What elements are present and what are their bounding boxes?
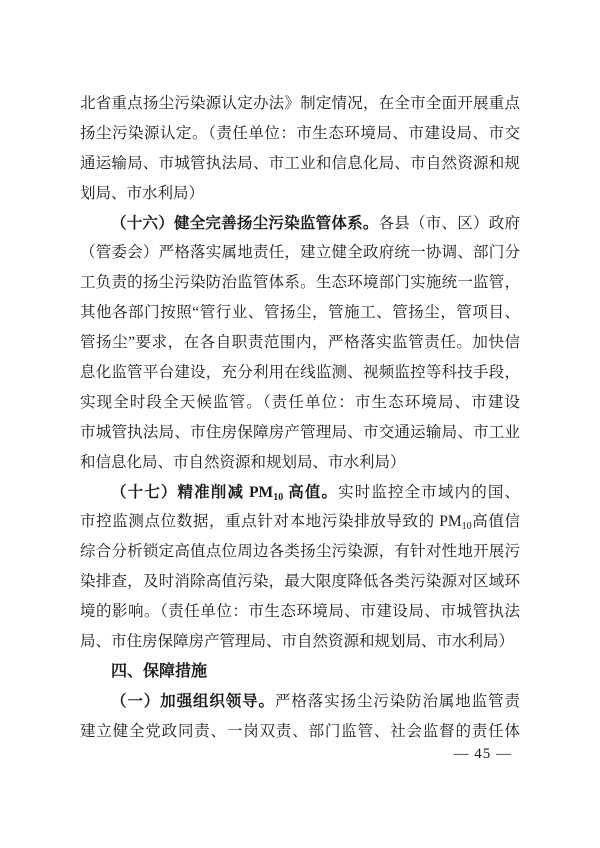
text-line: （管委会）严格落实属地责任，建立健全政府统一协调、部门分 (80, 238, 520, 268)
text-line: 管扬尘”要求，在各自职责范围内，严格落实监管责任。加快信 (80, 328, 520, 358)
text-line: （十六）健全完善扬尘污染监管体系。各县（市、区）政府 (80, 209, 520, 239)
text-line: 综合分析锁定高值点位周边各类扬尘污染源，有针对性地开展污 (80, 537, 520, 567)
text-run: 各县（市、区）政府 (379, 215, 520, 232)
document-page: 北省重点扬尘污染源认定办法》制定情况，在全市全面开展重点扬尘污染源认定。（责任单… (0, 0, 600, 848)
text-run: 局、市住房保障房产管理局、市自然资源和规划局、市水利局） (80, 633, 514, 650)
page-number: — 45 — (454, 743, 513, 765)
bold-text-run: （一）加强组织领导。 (111, 693, 275, 710)
text-run: （管委会）严格落实属地责任，建立健全政府统一协调、部门分 (80, 244, 520, 261)
text-run: 通运输局、市城管执法局、市工业和信息化局、市自然资源和规 (80, 155, 520, 172)
text-line: （一）加强组织领导。严格落实扬尘污染防治属地监管责任， (80, 687, 520, 717)
text-run: 其他各部门按照“管行业、管扬尘，管施工、管扬尘，管项目、 (80, 304, 520, 321)
subscript-run: 10 (273, 492, 283, 503)
text-run: 染排查，及时消除高值污染，最大限度降低各类污染源对区域环 (80, 573, 520, 590)
text-line: 四、保障措施 (80, 657, 520, 687)
text-run: 市控监测点位数据，重点针对本地污染排放导致的 PM (80, 513, 462, 530)
text-line: 通运输局、市城管执法局、市工业和信息化局、市自然资源和规 (80, 149, 520, 179)
text-line: 实现全时段全天候监管。（责任单位：市生态环境局、市建设局、 (80, 388, 520, 418)
text-run: 划局、市水利局） (80, 185, 204, 202)
text-line: 划局、市水利局） (80, 179, 520, 209)
text-run: 境的影响。（责任单位：市生态环境局、市建设局、市城管执法 (80, 603, 520, 620)
text-line: 北省重点扬尘污染源认定办法》制定情况，在全市全面开展重点 (80, 89, 520, 119)
text-line: 和信息化局、市自然资源和规划局、市水利局） (80, 448, 520, 478)
text-line: 扬尘污染源认定。（责任单位：市生态环境局、市建设局、市交 (80, 119, 520, 149)
text-line: 息化监管平台建设，充分利用在线监测、视频监控等科技手段， (80, 358, 520, 388)
text-line: （十七）精准削减 PM10 高值。实时监控全市域内的国、省、 (80, 478, 520, 508)
bold-text-run: （十七）精准削减 PM (111, 484, 273, 501)
bold-text-run: 高值。 (283, 484, 338, 501)
subscript-run: 10 (462, 521, 472, 532)
text-line: 市城管执法局、市住房保障房产管理局、市交通运输局、市工业 (80, 418, 520, 448)
text-line: 境的影响。（责任单位：市生态环境局、市建设局、市城管执法 (80, 597, 520, 627)
text-run: 综合分析锁定高值点位周边各类扬尘污染源，有针对性地开展污 (80, 543, 520, 560)
bold-text-run: （十六）健全完善扬尘污染监管体系。 (111, 215, 379, 232)
text-run: 管扬尘”要求，在各自职责范围内，严格落实监管责任。加快信 (80, 334, 520, 351)
text-line: 工负责的扬尘污染防治监管体系。生态环境部门实施统一监管， (80, 268, 520, 298)
document-body: 北省重点扬尘污染源认定办法》制定情况，在全市全面开展重点扬尘污染源认定。（责任单… (80, 89, 520, 747)
text-run: 实现全时段全天候监管。（责任单位：市生态环境局、市建设局、 (80, 394, 520, 418)
text-line: 其他各部门按照“管行业、管扬尘，管施工、管扬尘，管项目、 (80, 298, 520, 328)
bold-text-run: 四、保障措施 (111, 663, 207, 680)
text-run: 息化监管平台建设，充分利用在线监测、视频监控等科技手段， (80, 364, 520, 381)
text-run: 北省重点扬尘污染源认定办法》制定情况，在全市全面开展重点 (80, 95, 520, 112)
text-line: 局、市住房保障房产管理局、市自然资源和规划局、市水利局） (80, 627, 520, 657)
text-run: 和信息化局、市自然资源和规划局、市水利局） (80, 454, 406, 471)
text-line: 市控监测点位数据，重点针对本地污染排放导致的 PM10高值信息， (80, 507, 520, 537)
text-run: 扬尘污染源认定。（责任单位：市生态环境局、市建设局、市交 (80, 125, 520, 142)
text-line: 染排查，及时消除高值污染，最大限度降低各类污染源对区域环 (80, 567, 520, 597)
text-run: 市城管执法局、市住房保障房产管理局、市交通运输局、市工业 (80, 424, 520, 441)
text-run: 工负责的扬尘污染防治监管体系。生态环境部门实施统一监管， (80, 274, 520, 291)
